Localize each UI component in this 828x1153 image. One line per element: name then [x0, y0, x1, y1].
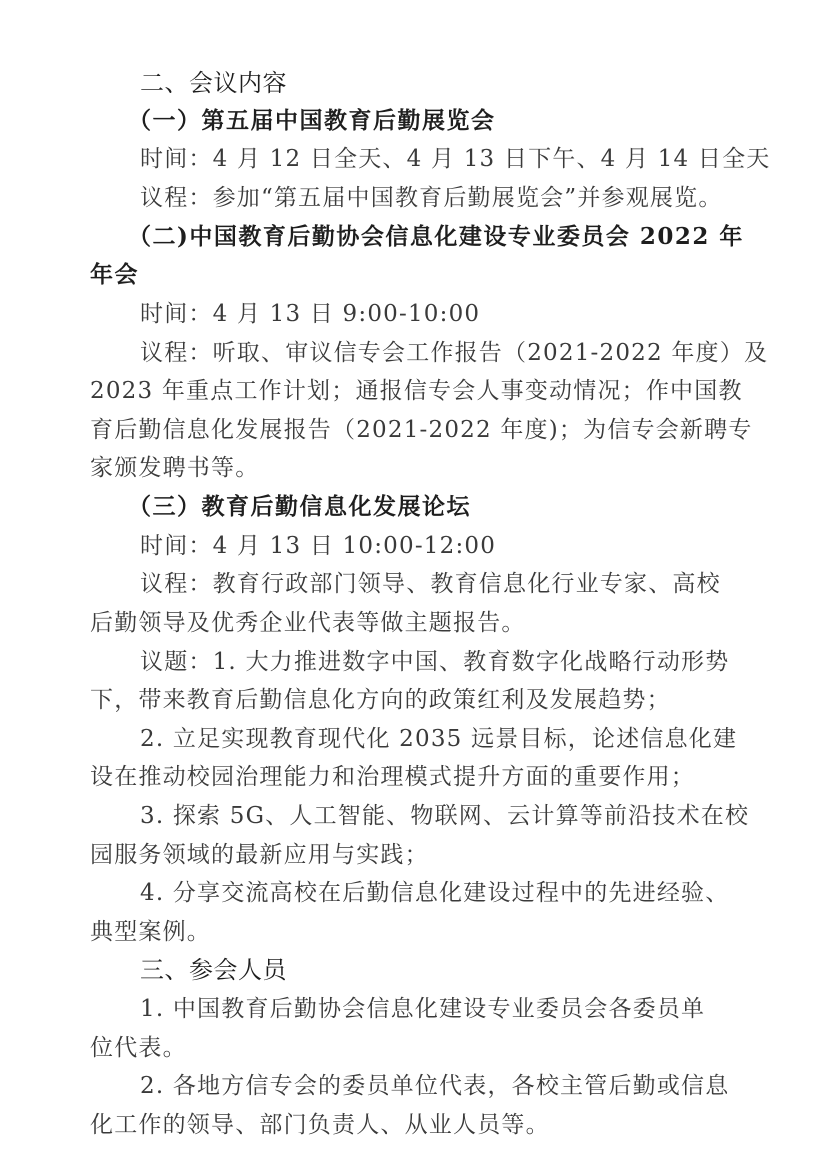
subsection-heading-annual-meeting-cont: 年会	[90, 260, 139, 290]
attendee-item-line: 2. 各地方信专会的委员单位代表，各校主管后勤或信息	[140, 1071, 729, 1101]
forum-agenda-line: 后勤领导及优秀企业代表等做主题报告。	[90, 608, 526, 638]
forum-topic-line: 园服务领域的最新应用与实践；	[90, 840, 429, 870]
attendee-item-line: 化工作的领导、部门负责人、从业人员等。	[90, 1110, 550, 1140]
forum-time: 时间：4 月 13 日 10:00-12:00	[140, 531, 496, 561]
forum-topic-line: 设在推动校园治理能力和治理模式提升方面的重要作用；	[90, 762, 695, 792]
annual-meeting-time: 时间：4 月 13 日 9:00-10:00	[140, 299, 480, 329]
forum-topic-line: 议题：1. 大力推进数字中国、教育数字化战略行动形势	[140, 647, 729, 677]
subsection-heading-forum: （三）教育后勤信息化发展论坛	[128, 492, 471, 522]
subsection-heading-expo: （一）第五届中国教育后勤展览会	[128, 106, 496, 136]
expo-time: 时间：4 月 12 日全天、4 月 13 日下午、4 月 14 日全天	[140, 144, 771, 174]
annual-meeting-agenda-line: 育后勤信息化发展报告（2021-2022 年度)；为信专会新聘专	[90, 415, 753, 445]
section-heading-attendees: 三、参会人员	[140, 955, 287, 985]
annual-meeting-agenda-line: 议程：听取、审议信专会工作报告（2021-2022 年度）及	[140, 338, 768, 368]
attendee-item-line: 1. 中国教育后勤协会信息化建设专业委员会各委员单	[140, 994, 705, 1024]
forum-topic-line: 3. 探索 5G、人工智能、物联网、云计算等前沿技术在校	[140, 801, 749, 831]
document-page: 二、会议内容 （一）第五届中国教育后勤展览会 时间：4 月 12 日全天、4 月…	[0, 0, 828, 1153]
forum-topic-line: 4. 分享交流高校在后勤信息化建设过程中的先进经验、	[140, 878, 729, 908]
forum-topic-line: 2. 立足实现教育现代化 2035 远景目标，论述信息化建	[140, 724, 737, 754]
expo-agenda: 议程：参加“第五届中国教育后勤展览会”并参观展览。	[140, 183, 723, 213]
attendee-item-line: 位代表。	[90, 1033, 187, 1063]
section-heading-meeting-content: 二、会议内容	[140, 68, 287, 98]
subsection-heading-annual-meeting: （二)中国教育后勤协会信息化建设专业委员会 2022 年	[128, 222, 744, 252]
forum-topic-line: 下，带来教育后勤信息化方向的政策红利及发展趋势；	[90, 685, 671, 715]
annual-meeting-agenda-line: 家颁发聘书等。	[90, 453, 259, 483]
forum-topic-line: 典型案例。	[90, 917, 211, 947]
annual-meeting-agenda-line: 2023 年重点工作计划；通报信专会人事变动情况；作中国教	[90, 376, 743, 406]
forum-agenda-line: 议程：教育行政部门领导、教育信息化行业专家、高校	[140, 569, 721, 599]
